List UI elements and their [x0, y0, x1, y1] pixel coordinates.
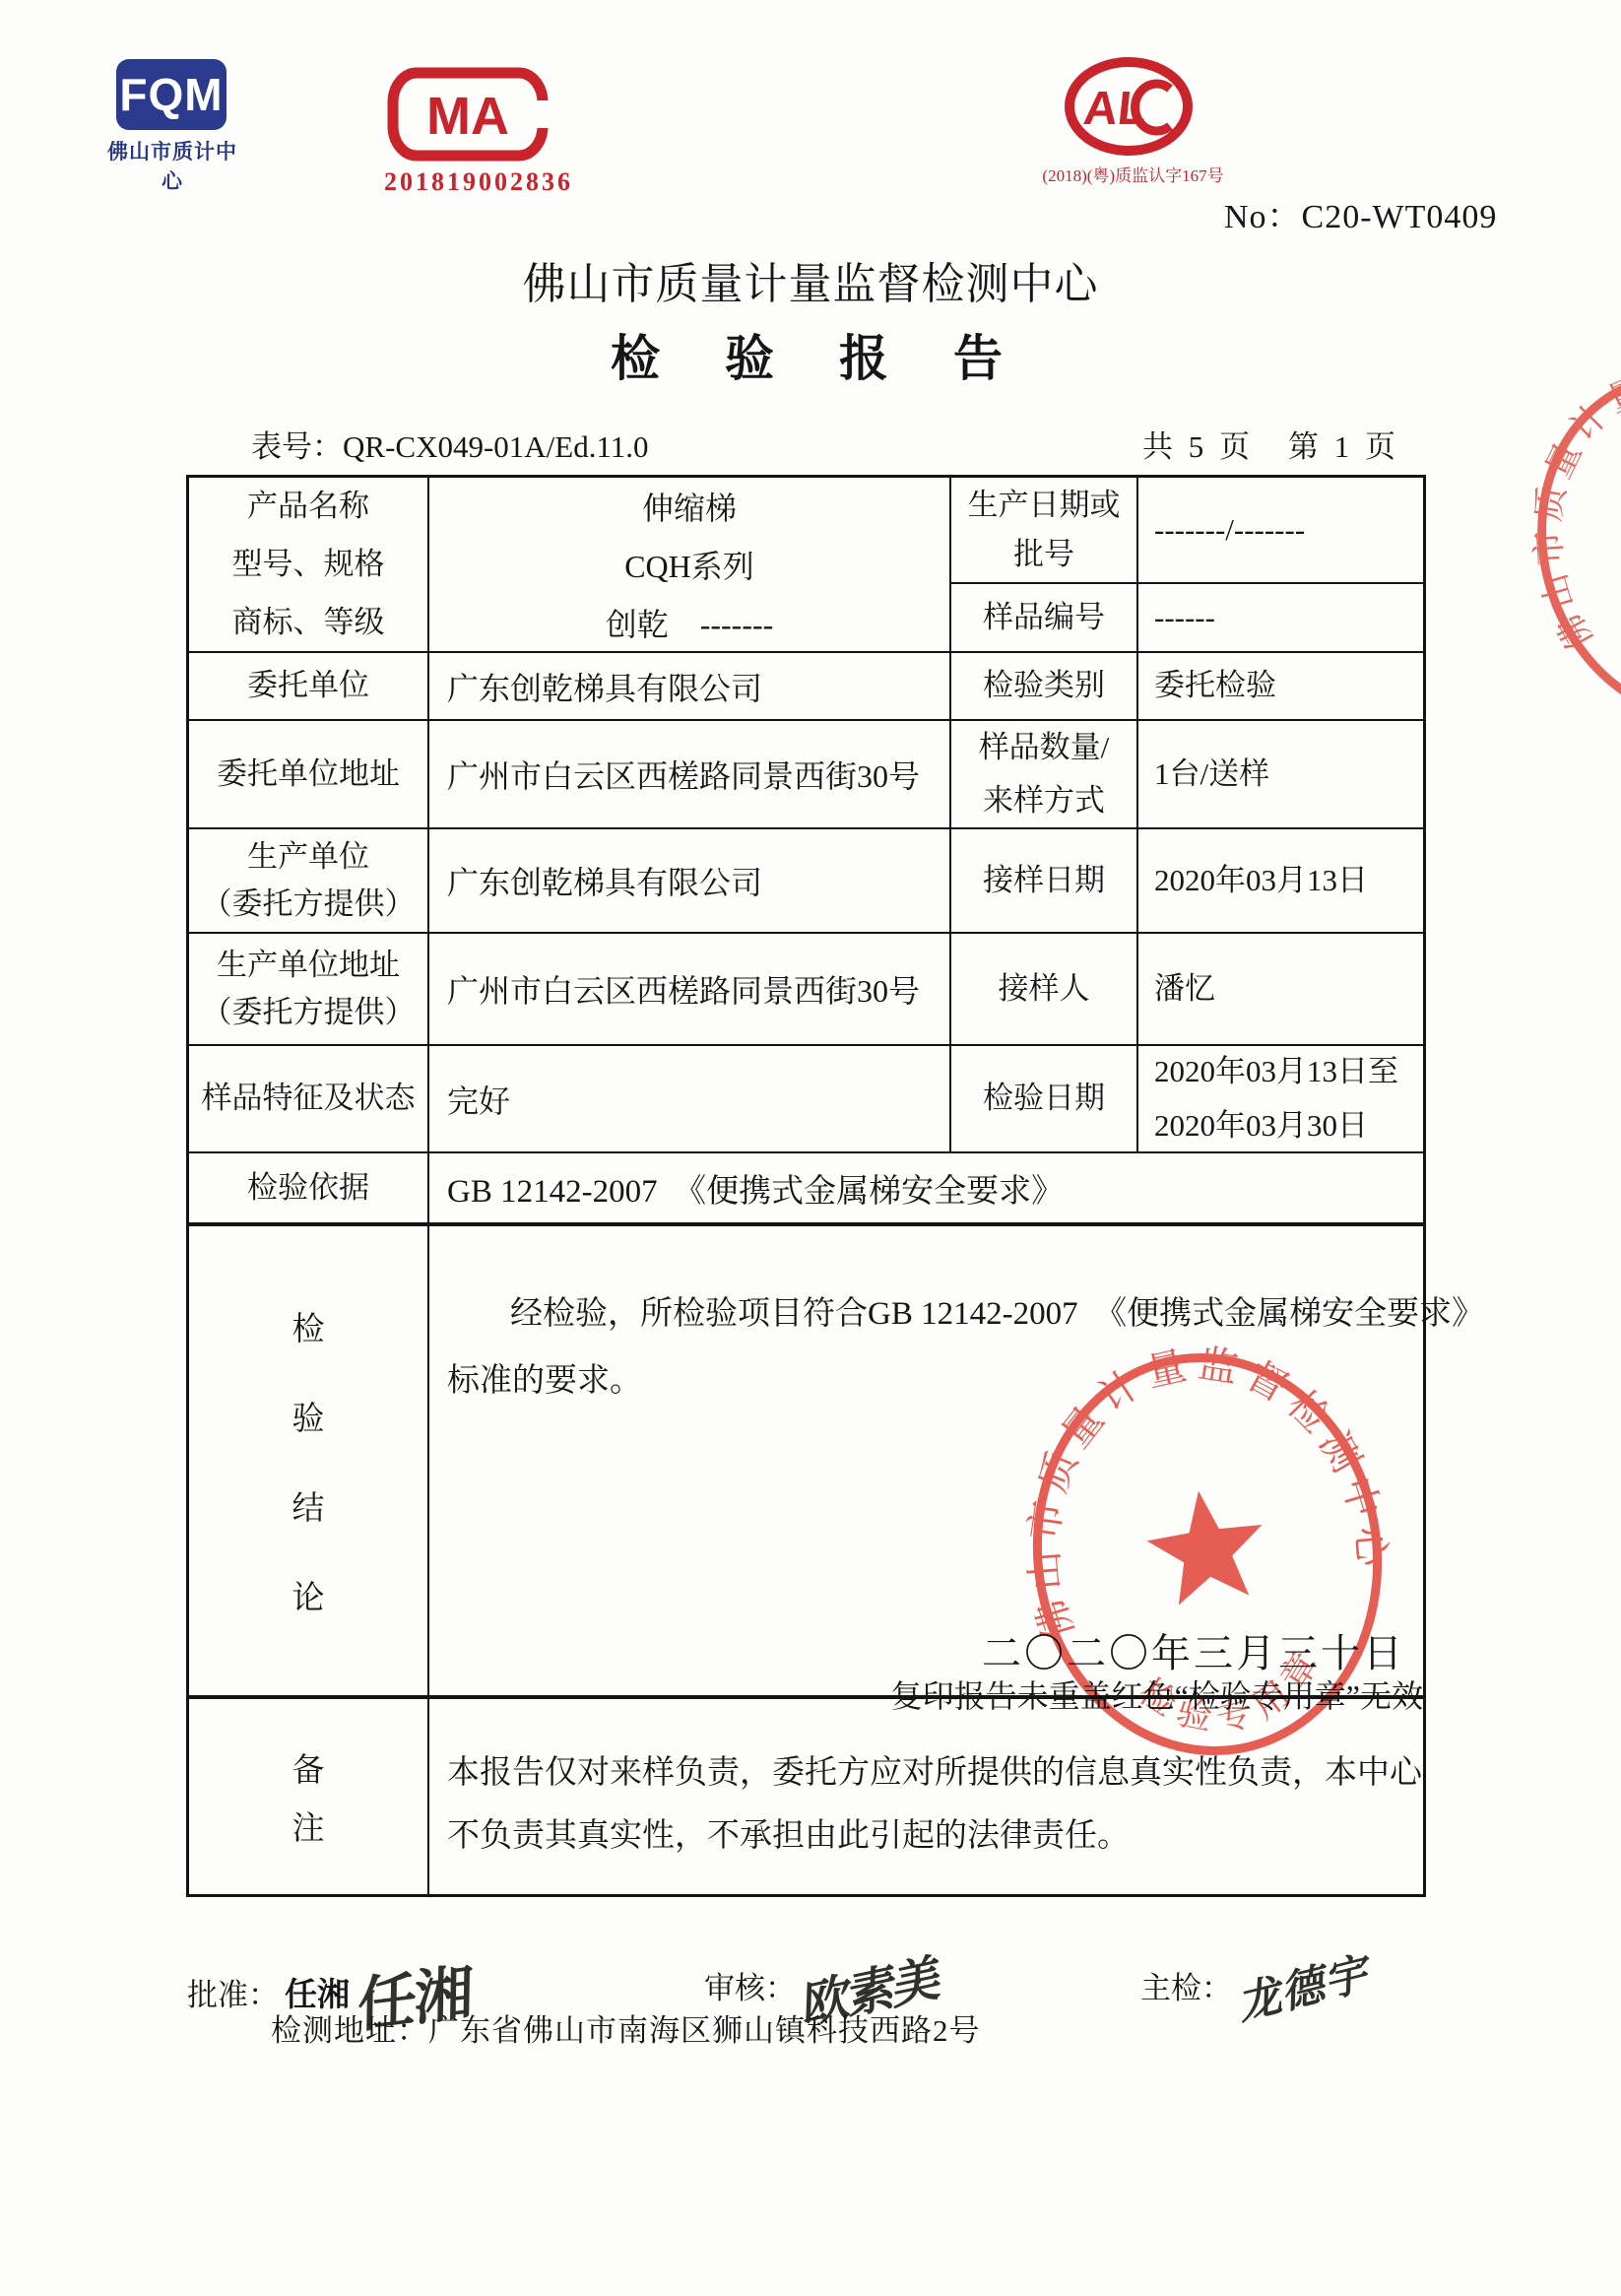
inspector-signature-block: 主检：龙德宇 — [1140, 1952, 1373, 2015]
remarks-cell: 本报告仅对来样负责，委托方应对所提供的信息真实性负责，本中心 不负责其真实性，不… — [427, 1699, 1423, 1894]
value-production-date: -------/------- — [1136, 478, 1423, 582]
label-conclusion-vertical: 检 验 结 论 — [189, 1226, 427, 1695]
label-production-date: 生产日期或 批号 — [949, 478, 1136, 582]
label-inspection-date: 检验日期 — [949, 1046, 1136, 1151]
sample-number-row: 样品编号 ------ — [949, 584, 1423, 651]
table-row-client-address: 委托单位地址 广州市白云区西槎路同景西街30号 样品数量/ 来样方式 1台/送样 — [189, 719, 1423, 827]
label-sample-number: 样品编号 — [949, 584, 1136, 651]
table-row-client: 委托单位 广东创乾梯具有限公司 检验类别 委托检验 — [189, 651, 1423, 719]
label-sample-condition: 样品特征及状态 — [189, 1046, 427, 1151]
table-row-manufacturer-address: 生产单位地址 （委托方提供） 广州市白云区西槎路同景西街30号 接样人 潘忆 — [189, 932, 1423, 1044]
report-table: 产品名称 型号、规格 商标、等级 伸缩梯 CQH系列 创乾 ------- 生产… — [186, 475, 1426, 1897]
page-count-info: 共 5 页 第 1 页 — [1142, 422, 1399, 466]
cma-logo-text: MA — [426, 87, 509, 146]
label-client-address: 委托单位地址 — [189, 721, 427, 827]
value-manufacturer-address: 广州市白云区西槎路同景西街30号 — [427, 934, 949, 1044]
value-sample-receiver: 潘忆 — [1136, 934, 1423, 1044]
label-remarks-vertical: 备 注 — [189, 1699, 427, 1894]
table-row-product: 产品名称 型号、规格 商标、等级 伸缩梯 CQH系列 创乾 ------- 生产… — [189, 478, 1423, 651]
product-value-cell: 伸缩梯 CQH系列 创乾 ------- — [427, 478, 949, 651]
value-inspection-date: 2020年03月13日至 2020年03月30日 — [1136, 1046, 1423, 1151]
value-client: 广东创乾梯具有限公司 — [427, 653, 949, 719]
label-receive-date: 接样日期 — [949, 829, 1136, 932]
approve-label: 批准： — [187, 1978, 279, 2012]
inspect-handwritten-signature: 龙德宇 — [1241, 1935, 1372, 2032]
remarks-text-line1: 本报告仅对来样负责，委托方应对所提供的信息真实性负责，本中心 — [447, 1746, 1422, 1793]
value-sample-condition: 完好 — [427, 1046, 949, 1151]
product-label-cell: 产品名称 型号、规格 商标、等级 — [189, 478, 427, 651]
label-brand-grade: 商标、等级 — [232, 599, 385, 646]
value-sample-quantity: 1台/送样 — [1136, 721, 1423, 827]
table-row-inspection-basis: 检验依据 GB 12142-2007 《便携式金属梯安全要求》 — [189, 1151, 1423, 1222]
cal-caption: (2018)(粤)质监认字167号 — [1042, 162, 1224, 186]
organization-title: 佛山市质量计量监督检测中心 — [0, 248, 1621, 311]
cal-logo-icon: AL — [1060, 57, 1198, 163]
fqm-logo-text: FQM — [119, 68, 223, 121]
value-client-address: 广州市白云区西槎路同景西街30号 — [427, 721, 949, 827]
production-info-cells: 生产日期或 批号 -------/------- 样品编号 ------ — [949, 478, 1423, 651]
report-number: No：C20-WT0409 — [1224, 189, 1497, 237]
table-row-manufacturer: 生产单位 （委托方提供） 广东创乾梯具有限公司 接样日期 2020年03月13日 — [189, 827, 1423, 932]
cma-certificate-number: 201819002836 — [384, 167, 551, 197]
value-inspection-basis: GB 12142-2007 《便携式金属梯安全要求》 — [427, 1153, 1423, 1222]
value-manufacturer: 广东创乾梯具有限公司 — [427, 829, 949, 932]
value-sample-number: ------ — [1136, 584, 1423, 651]
testing-address: 检测地址：广东省佛山市南海区狮山镇科技西路2号 — [271, 2005, 981, 2050]
conclusion-text-line1: 经检验，所检验项目符合GB 12142-2007 《便携式金属梯安全要求》 — [510, 1287, 1484, 1334]
value-product-name: 伸缩梯 — [642, 484, 737, 529]
fqm-caption: 佛山市质计中心 — [98, 136, 246, 195]
inspect-label: 主检： — [1140, 1971, 1232, 2005]
value-model-spec: CQH系列 — [624, 542, 754, 587]
report-page: FQM 佛山市质计中心 MA 201819002836 AL (2018)(粤)… — [0, 0, 1621, 2296]
label-manufacturer-address: 生产单位地址 （委托方提供） — [189, 934, 427, 1044]
label-sample-quantity: 样品数量/ 来样方式 — [949, 721, 1136, 827]
conclusion-text-line2: 标准的要求。 — [447, 1354, 642, 1401]
report-title: 检 验 报 告 — [0, 319, 1621, 390]
table-row-conclusion: 检 验 结 论 经检验，所检验项目符合GB 12142-2007 《便携式金属梯… — [189, 1222, 1423, 1695]
form-number: 表号：QR-CX049-01A/Ed.11.0 — [251, 422, 649, 466]
label-manufacturer: 生产单位 （委托方提供） — [189, 829, 427, 932]
conclusion-cell: 经检验，所检验项目符合GB 12142-2007 《便携式金属梯安全要求》 标准… — [427, 1226, 1423, 1695]
label-inspection-basis: 检验依据 — [189, 1153, 427, 1222]
remarks-text-line2: 不负责其真实性，不承担由此引起的法律责任。 — [447, 1809, 1130, 1856]
label-client: 委托单位 — [189, 653, 427, 719]
label-sample-receiver: 接样人 — [949, 934, 1136, 1044]
cma-logo-icon: MA — [385, 65, 551, 168]
label-inspection-type: 检验类别 — [949, 653, 1136, 719]
conclusion-date: 二〇二〇年三月三十日 — [982, 1622, 1405, 1678]
label-product-name: 产品名称 — [247, 483, 369, 530]
value-inspection-type: 委托检验 — [1136, 653, 1423, 719]
production-date-row: 生产日期或 批号 -------/------- — [949, 478, 1423, 584]
table-row-sample-condition: 样品特征及状态 完好 检验日期 2020年03月13日至 2020年03月30日 — [189, 1044, 1423, 1151]
value-receive-date: 2020年03月13日 — [1136, 829, 1423, 932]
review-label: 审核： — [704, 1971, 796, 2005]
fqm-logo: FQM — [116, 59, 227, 130]
value-brand-grade: 创乾 ------- — [606, 600, 774, 645]
table-row-remarks: 备 注 本报告仅对来样负责，委托方应对所提供的信息真实性负责，本中心 不负责其真… — [189, 1695, 1423, 1894]
label-model-spec: 型号、规格 — [232, 541, 385, 588]
